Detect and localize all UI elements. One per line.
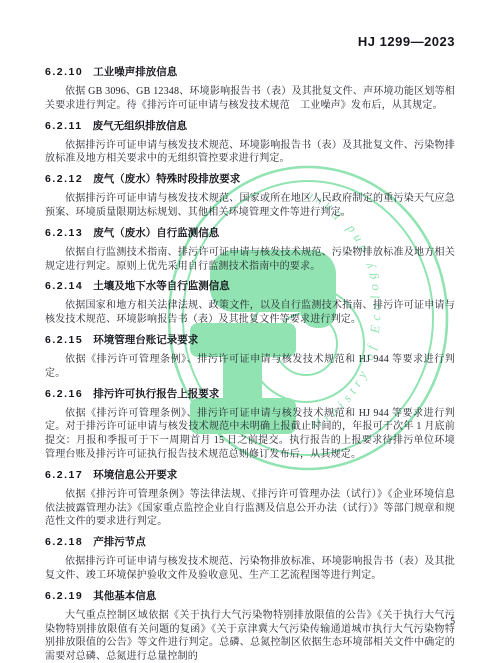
- section-title: 产排污节点: [93, 536, 146, 548]
- section-number: 6.2.19: [45, 590, 83, 602]
- section-number: 6.2.11: [45, 120, 83, 132]
- section-title: 环境管理台账记录要求: [93, 334, 198, 346]
- section-paragraph: 依据国家和地方相关法律法规、政策文件，以及自行监测技术指南、排污许可证申请与核发…: [45, 299, 455, 327]
- section-title: 土壤及地下水等自行监测信息: [93, 280, 230, 292]
- section-title: 废气无组织排放信息: [93, 120, 188, 132]
- section-paragraph: 依据 GB 3096、GB 12348、环境影响报告书（表）及其批复文件、声环境…: [45, 85, 455, 113]
- section-heading: 6.2.11废气无组织排放信息: [45, 119, 455, 133]
- section-number: 6.2.13: [45, 227, 83, 239]
- document-page: Ministry of Ecology and Environmental Pl…: [0, 0, 492, 663]
- section-heading: 6.2.14土壤及地下水等自行监测信息: [45, 279, 455, 293]
- section-paragraph: 依据排污许可证申请与核发技术规范、国家或所在地区人民政府制定的重污染天气应急预案…: [45, 192, 455, 220]
- section-paragraph: 依据自行监测技术指南、排污许可证申请与核发技术规范、污染物排放标准及地方相关规定…: [45, 246, 455, 274]
- section-number: 6.2.12: [45, 173, 83, 185]
- section-heading: 6.2.15环境管理台账记录要求: [45, 333, 455, 347]
- section-number: 6.2.14: [45, 280, 83, 292]
- section-paragraph: 大气重点控制区域依据《关于执行大气污染物特别排放限值的公告》《关于执行大气污染物…: [45, 609, 455, 663]
- section-number: 6.2.16: [45, 388, 83, 400]
- section-title: 废气（废水）特殊时段排放要求: [93, 173, 240, 185]
- page-content: HJ 1299—2023 6.2.10工业噪声排放信息依据 GB 3096、GB…: [0, 0, 492, 663]
- section-number: 6.2.15: [45, 334, 83, 346]
- section-heading: 6.2.12废气（废水）特殊时段排放要求: [45, 172, 455, 186]
- section-number: 6.2.18: [45, 536, 83, 548]
- section-title: 排污许可执行报告上报要求: [93, 388, 219, 400]
- section-title: 环境信息公开要求: [93, 469, 177, 481]
- section-paragraph: 依据排污许可证申请与核发技术规范、污染物排放标准、环境影响报告书（表）及其批复文…: [45, 555, 455, 583]
- section-heading: 6.2.17环境信息公开要求: [45, 468, 455, 482]
- section-number: 6.2.10: [45, 66, 83, 78]
- section-heading: 6.2.13废气（废水）自行监测信息: [45, 226, 455, 240]
- section-heading: 6.2.19其他基本信息: [45, 589, 455, 603]
- sections-container: 6.2.10工业噪声排放信息依据 GB 3096、GB 12348、环境影响报告…: [45, 65, 455, 663]
- section-title: 其他基本信息: [93, 590, 156, 602]
- section-title: 废气（废水）自行监测信息: [93, 227, 219, 239]
- section-number: 6.2.17: [45, 469, 83, 481]
- page-number: 5: [450, 617, 455, 627]
- section-paragraph: 依据《排污许可管理条例》、排污许可证申请与核发技术规范和 HJ 944 等要求进…: [45, 407, 455, 462]
- section-paragraph: 依据《排污许可管理条例》等法律法规、《排污许可管理办法（试行）》《企业环境信息依…: [45, 488, 455, 529]
- section-title: 工业噪声排放信息: [93, 66, 177, 78]
- standard-code-header: HJ 1299—2023: [45, 34, 455, 49]
- section-heading: 6.2.16排污许可执行报告上报要求: [45, 387, 455, 401]
- section-heading: 6.2.10工业噪声排放信息: [45, 65, 455, 79]
- section-heading: 6.2.18产排污节点: [45, 535, 455, 549]
- section-paragraph: 依据《排污许可管理条例》、排污许可证申请与核发技术规范和 HJ 944 等要求进…: [45, 353, 455, 381]
- section-paragraph: 依据排污许可证申请与核发技术规范、环境影响报告书（表）及其批复文件、污染物排放标…: [45, 139, 455, 167]
